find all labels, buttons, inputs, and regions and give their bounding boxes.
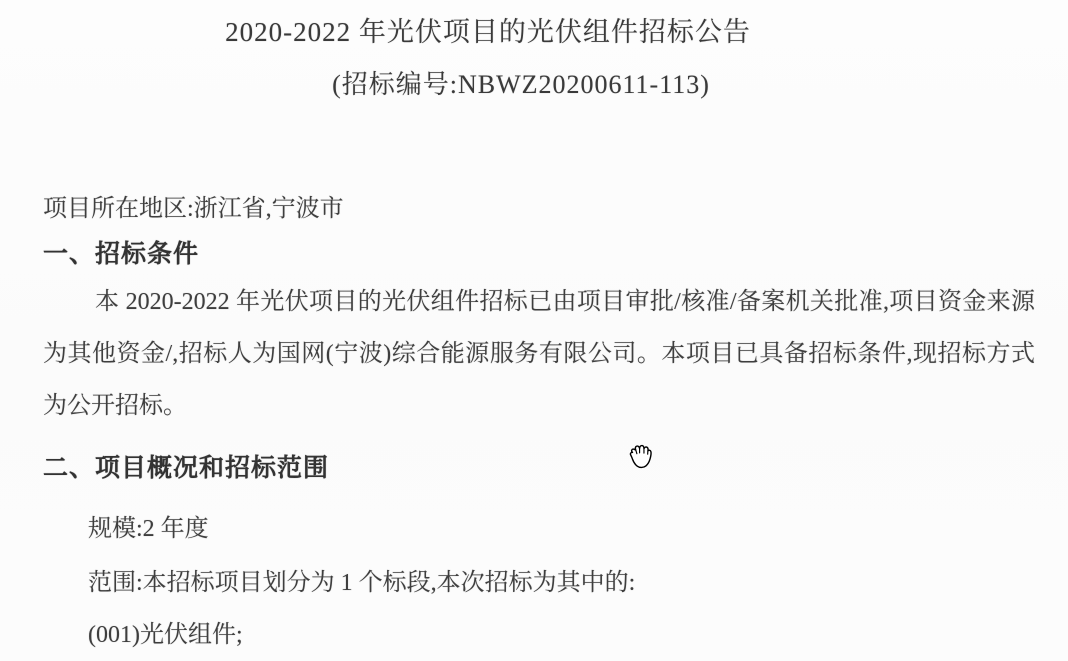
- section-heading-tender-conditions: 一、招标条件: [43, 234, 199, 270]
- tender-number-subtitle: (招标编号:NBWZ20200611-113): [0, 64, 1068, 101]
- scanned-document-page[interactable]: 2020-2022 年光伏项目的光伏组件招标公告 (招标编号:NBWZ20200…: [0, 0, 1068, 661]
- tender-conditions-paragraph: 本 2020-2022 年光伏项目的光伏组件招标已由项目审批/核准/备案机关批准…: [43, 276, 1035, 432]
- lot-line: (001)光伏组件;: [88, 614, 243, 649]
- scope-line: 范围:本招标项目划分为 1 个标段,本次招标为其中的:: [88, 562, 635, 597]
- scale-line: 规模:2 年度: [88, 508, 209, 543]
- document-title: 2020-2022 年光伏项目的光伏组件招标公告: [0, 10, 1068, 49]
- section-heading-project-overview: 二、项目概况和招标范围: [43, 448, 329, 484]
- grab-hand-cursor-icon: [624, 438, 658, 474]
- project-location-line: 项目所在地区:浙江省,宁波市: [43, 188, 344, 223]
